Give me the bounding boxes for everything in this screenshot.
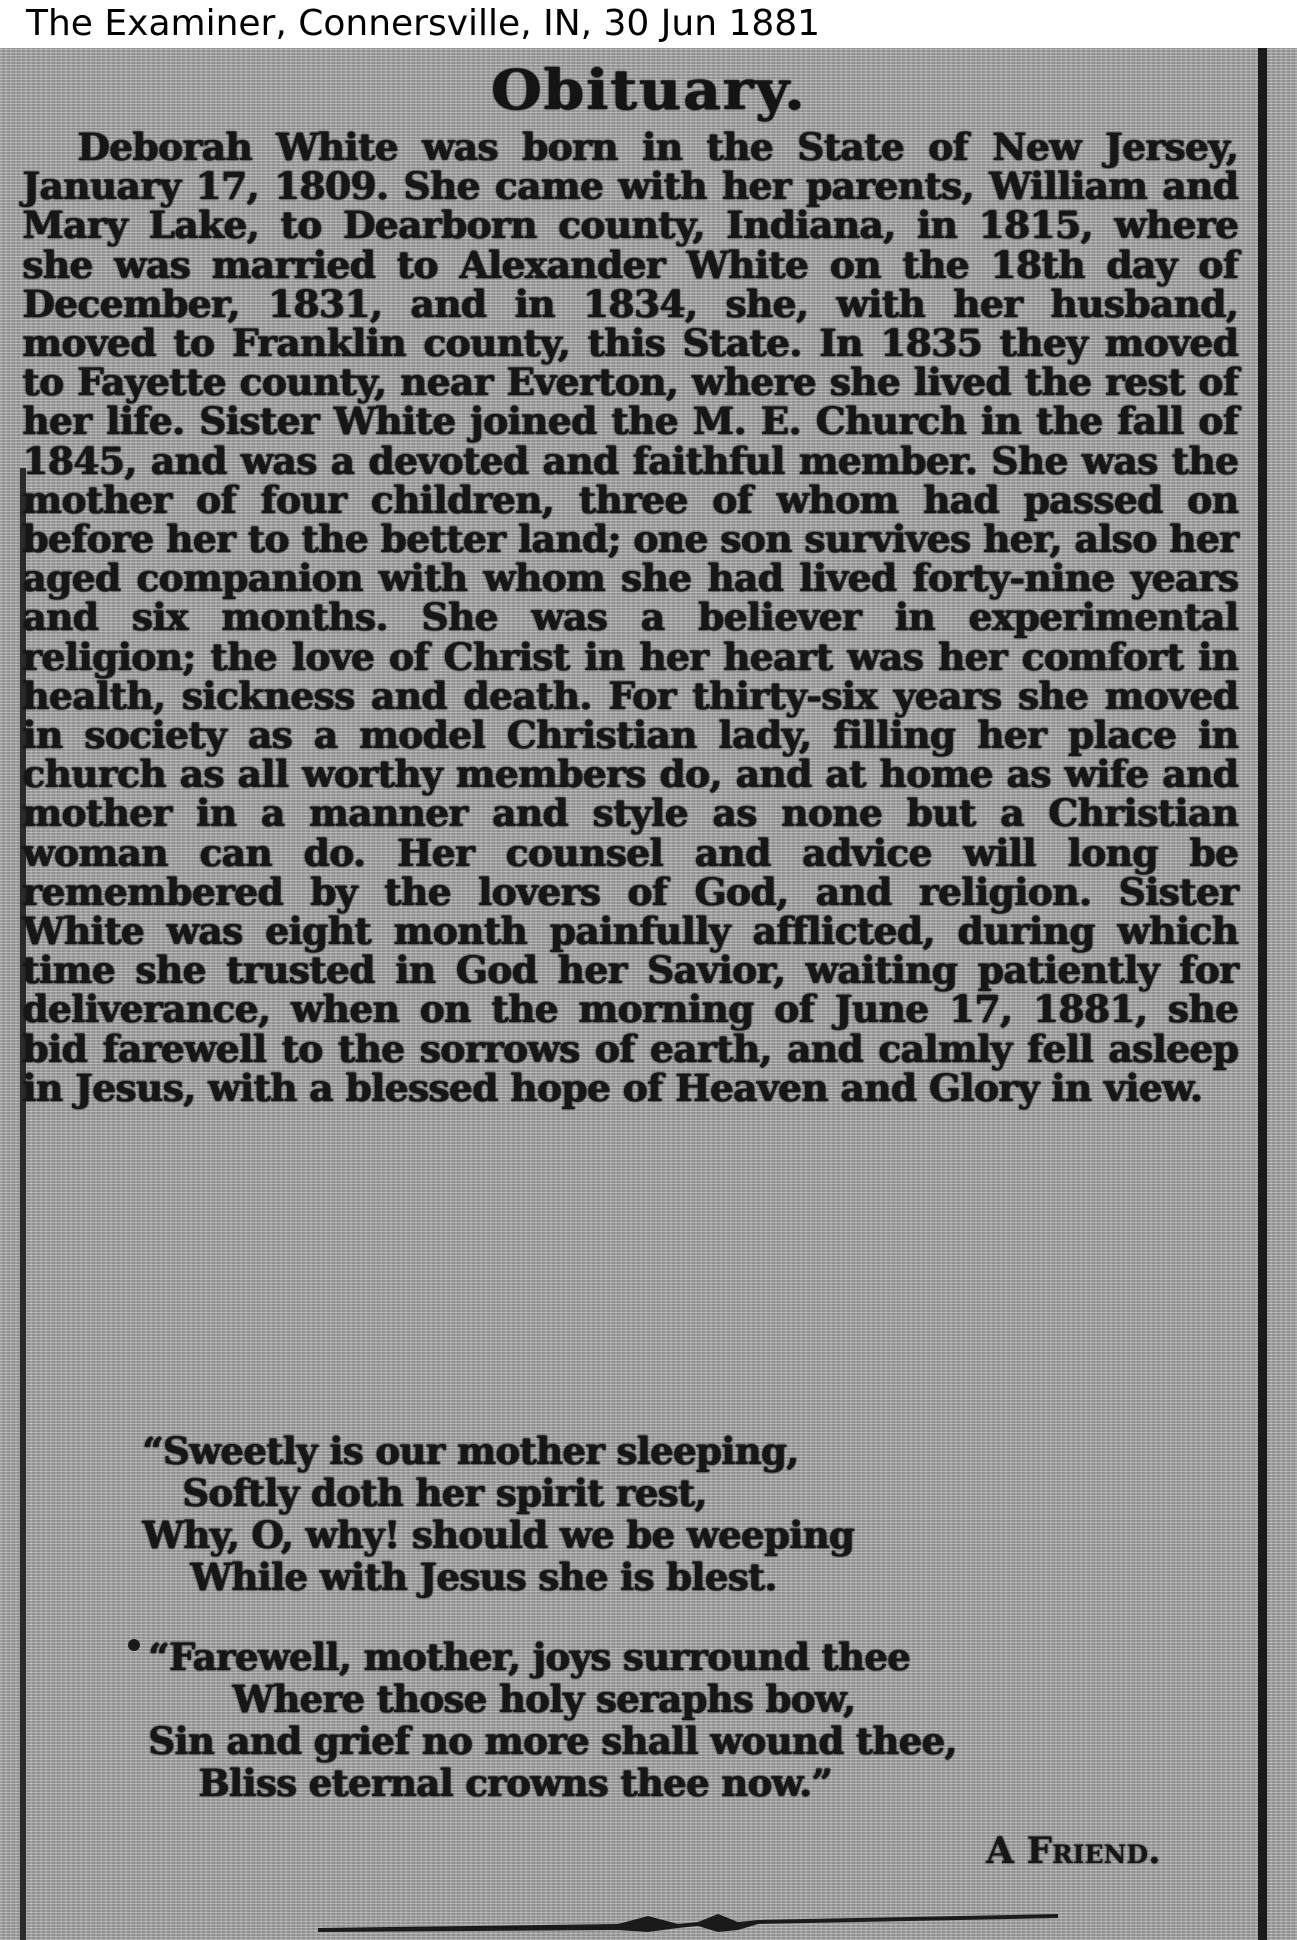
poem-line: Softly doth her spirit rest, xyxy=(0,1472,1297,1514)
poem-line: Where those holy seraphs bow, xyxy=(0,1678,1297,1720)
ink-dot xyxy=(128,1639,140,1651)
source-caption: The Examiner, Connersville, IN, 30 Jun 1… xyxy=(0,0,1297,48)
author-signature: A Friend. xyxy=(986,1830,1161,1872)
poem-stanza: “Sweetly is our mother sleeping, Softly … xyxy=(0,1430,1297,1598)
poem-line: Sin and grief no more shall wound thee, xyxy=(0,1720,1297,1762)
poem-line: While with Jesus she is blest. xyxy=(0,1556,1297,1598)
poem-line: Bliss eternal crowns thee now.” xyxy=(0,1762,1297,1804)
poem-line: Why, O, why! should we be weeping xyxy=(0,1514,1297,1556)
poem-line: “Sweetly is our mother sleeping, xyxy=(0,1430,1297,1472)
poem-line: “Farewell, mother, joys surround thee xyxy=(0,1636,1297,1678)
obituary-body: Deborah White was born in the State of N… xyxy=(22,128,1238,1108)
poem-stanza: “Farewell, mother, joys surround thee Wh… xyxy=(0,1636,1297,1804)
memorial-poem: “Sweetly is our mother sleeping, Softly … xyxy=(0,1430,1297,1842)
article-headline: Obituary. xyxy=(0,58,1297,123)
end-ornament-rule xyxy=(318,1910,1058,1934)
newspaper-clipping: Obituary. Deborah White was born in the … xyxy=(0,48,1297,1940)
